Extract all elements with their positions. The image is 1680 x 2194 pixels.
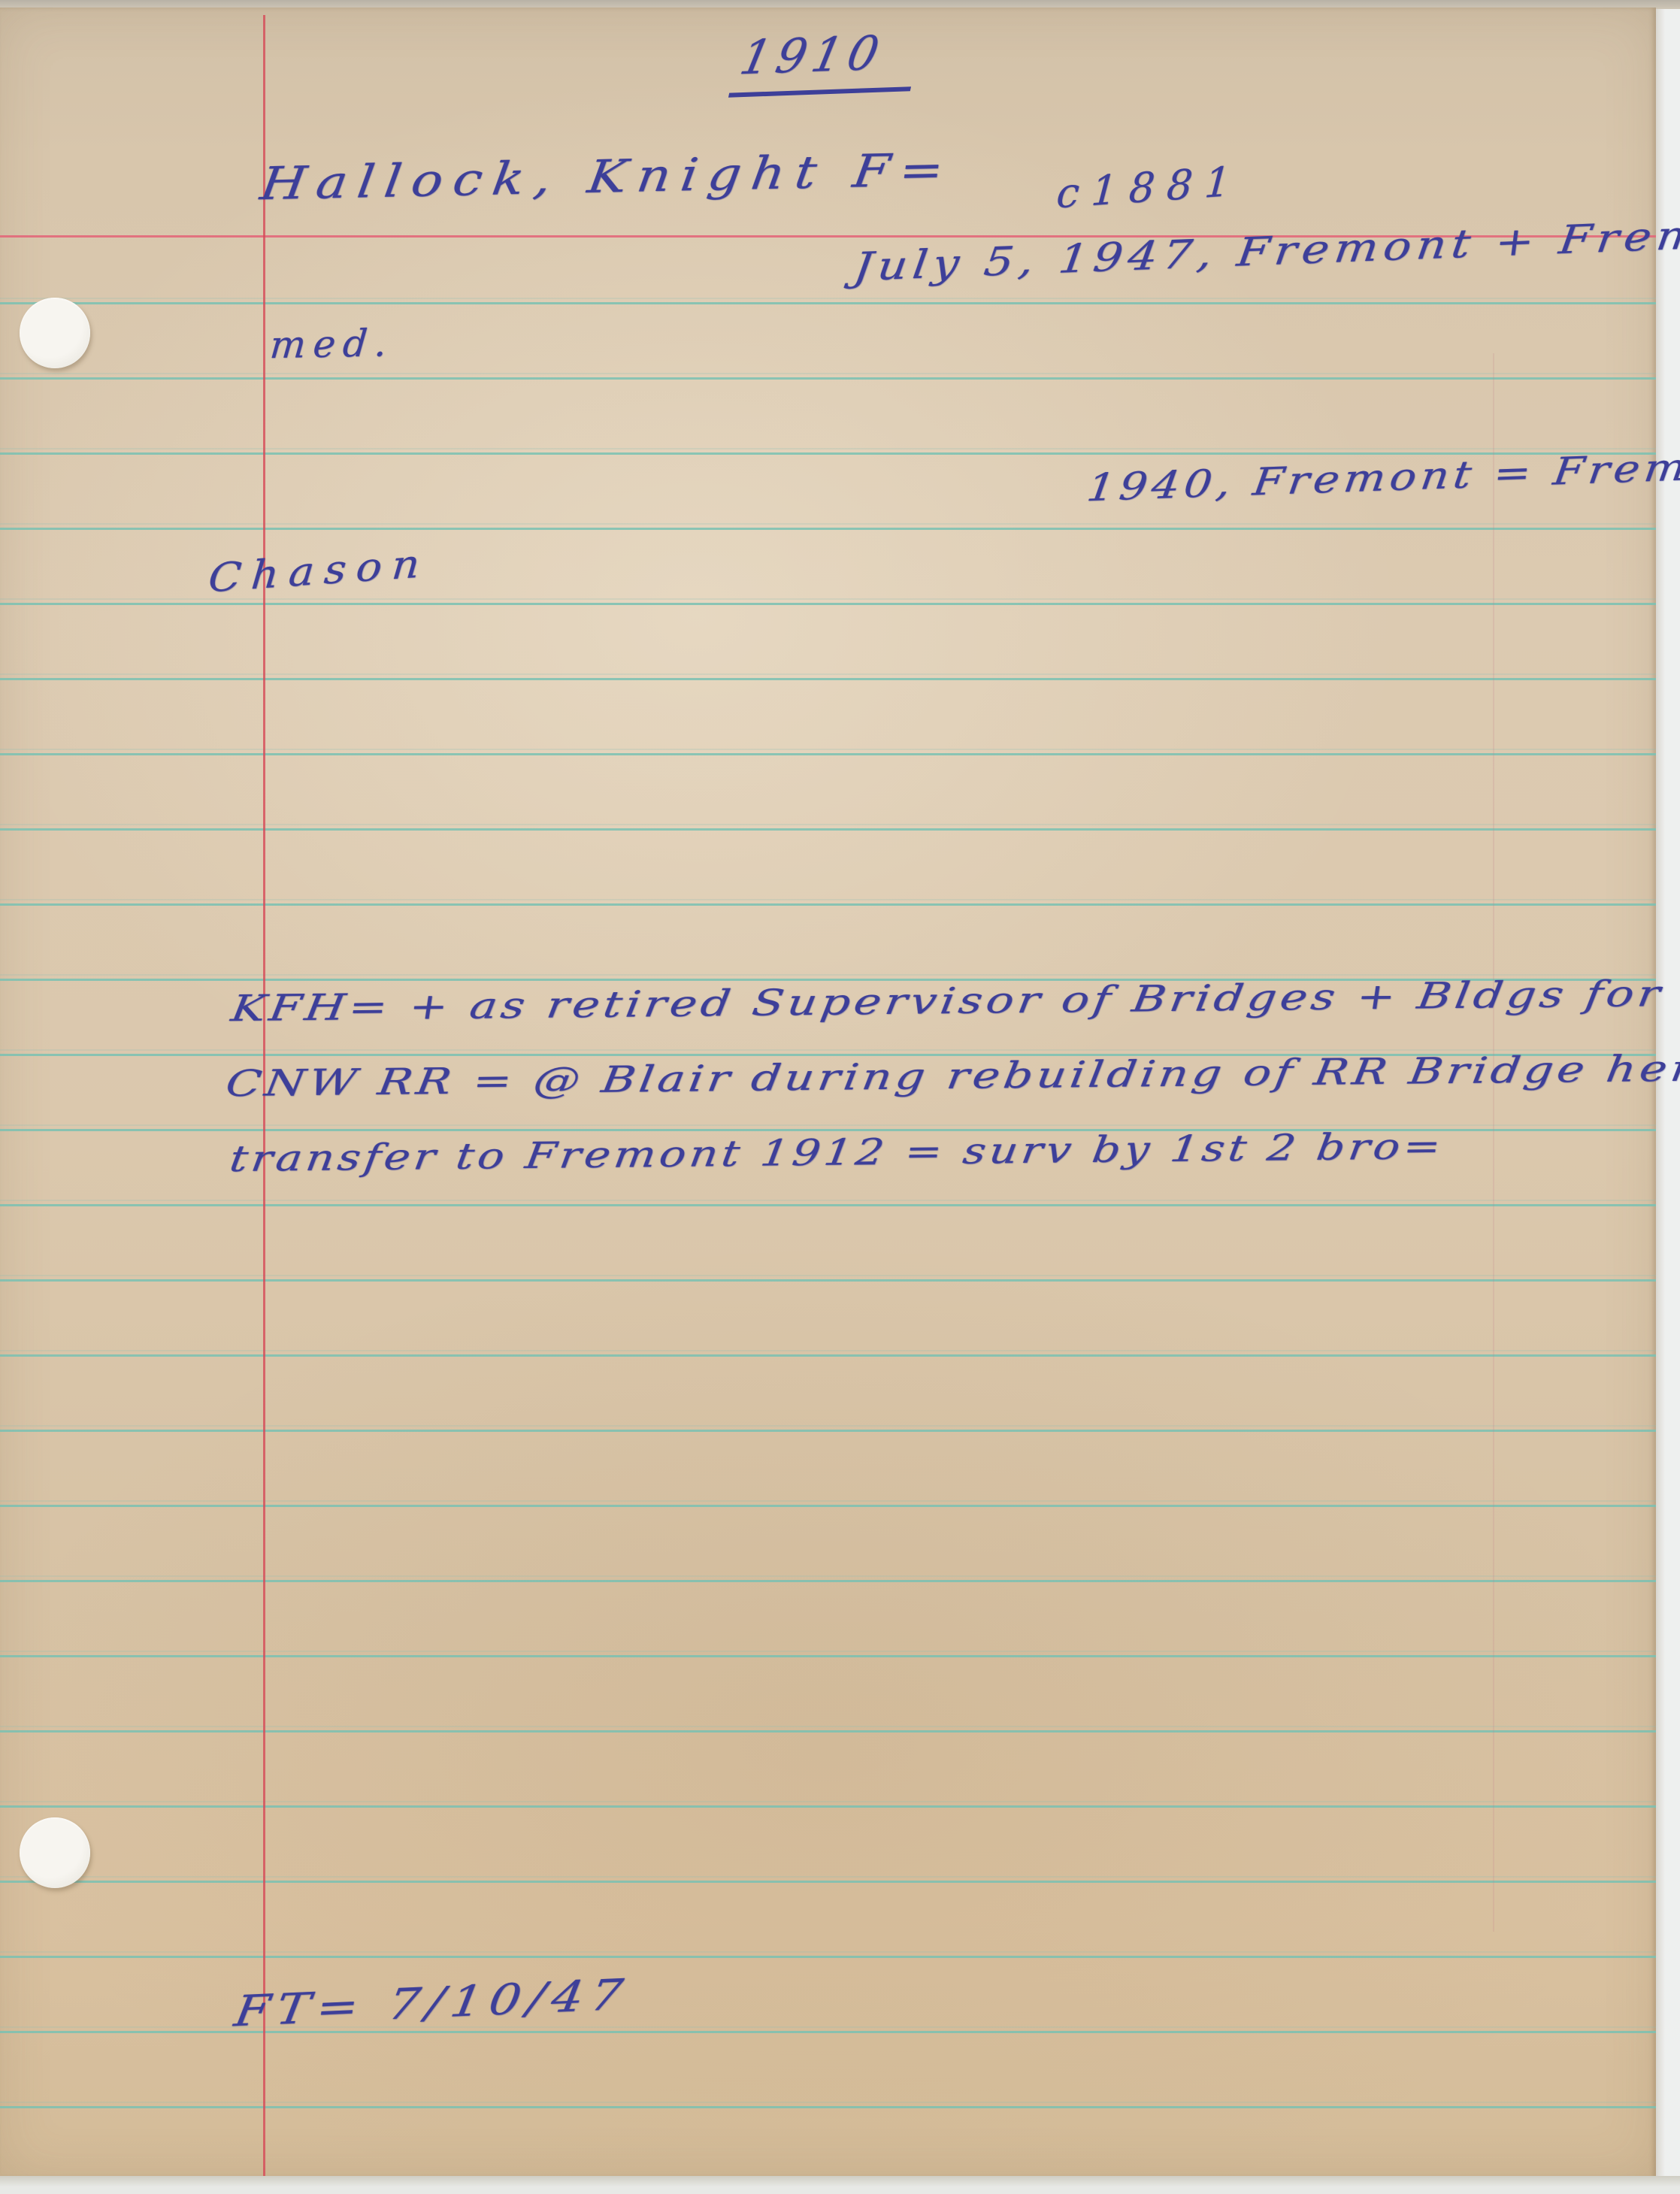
vertical-crease — [1493, 353, 1494, 1932]
year-heading: 1910 — [728, 24, 925, 98]
scanner-background-right — [1655, 0, 1680, 2194]
scanner-background-bottom — [0, 2176, 1680, 2194]
med-note: med. — [268, 321, 396, 367]
punch-hole-bottom — [20, 1817, 90, 1888]
punch-hole-top — [20, 298, 90, 368]
